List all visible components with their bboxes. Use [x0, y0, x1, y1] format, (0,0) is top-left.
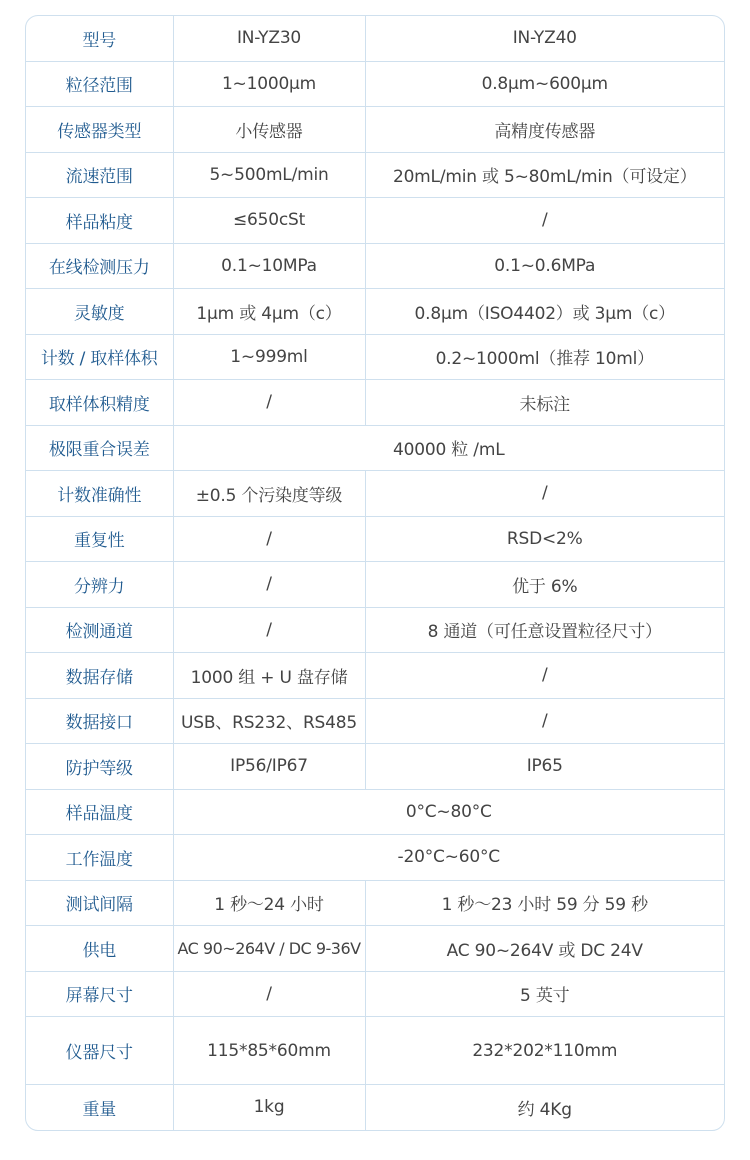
- value-yz40-power-supply: AC 90~264V 或 DC 24V: [365, 926, 724, 972]
- value-yz30-data-storage: 1000 组 + U 盘存储: [173, 653, 365, 699]
- value-yz40-weight: 约 4Kg: [365, 1085, 724, 1130]
- value-yz40-data-storage: /: [365, 653, 724, 699]
- label-flow-rate-range: 流速范围: [26, 152, 173, 198]
- value-yz30-sample-volume-accuracy: /: [173, 380, 365, 426]
- row-protection-rating: 防护等级 IP56/IP67 IP65: [26, 744, 724, 790]
- value-yz30-screen-size: /: [173, 971, 365, 1017]
- value-yz40-screen-size: 5 英寸: [365, 971, 724, 1017]
- value-yz30-weight: 1kg: [173, 1085, 365, 1130]
- label-sample-temperature: 样品温度: [26, 789, 173, 835]
- value-yz30-model: IN-YZ30: [173, 16, 365, 61]
- value-shared-coincidence-limit: 40000 粒 /mL: [173, 425, 724, 471]
- value-yz40-data-interface: /: [365, 698, 724, 744]
- label-detection-channels: 检测通道: [26, 607, 173, 653]
- value-yz40-sample-viscosity: /: [365, 198, 724, 244]
- row-particle-size-range: 粒径范围 1~1000μm 0.8μm~600μm: [26, 61, 724, 107]
- value-yz40-repeatability: RSD<2%: [365, 516, 724, 562]
- value-yz40-instrument-dimensions: 232*202*110mm: [365, 1017, 724, 1085]
- value-yz40-sensitivity: 0.8μm（ISO4402）或 3μm（c）: [365, 289, 724, 335]
- row-resolution: 分辨力 / 优于 6%: [26, 562, 724, 608]
- row-count-accuracy: 计数准确性 ±0.5 个污染度等级 /: [26, 471, 724, 517]
- value-yz30-instrument-dimensions: 115*85*60mm: [173, 1017, 365, 1085]
- row-test-interval: 测试间隔 1 秒～24 小时 1 秒～23 小时 59 分 59 秒: [26, 880, 724, 926]
- value-yz40-particle-size-range: 0.8μm~600μm: [365, 61, 724, 107]
- label-coincidence-limit: 极限重合误差: [26, 425, 173, 471]
- value-yz40-resolution: 优于 6%: [365, 562, 724, 608]
- value-yz40-count-accuracy: /: [365, 471, 724, 517]
- row-sensitivity: 灵敏度 1μm 或 4μm（c） 0.8μm（ISO4402）或 3μm（c）: [26, 289, 724, 335]
- value-yz30-count-accuracy: ±0.5 个污染度等级: [173, 471, 365, 517]
- label-sensor-type: 传感器类型: [26, 107, 173, 153]
- label-sensitivity: 灵敏度: [26, 289, 173, 335]
- row-sample-volume-accuracy: 取样体积精度 / 未标注: [26, 380, 724, 426]
- value-yz40-test-interval: 1 秒～23 小时 59 分 59 秒: [365, 880, 724, 926]
- value-yz30-flow-rate-range: 5~500mL/min: [173, 152, 365, 198]
- label-sample-volume-accuracy: 取样体积精度: [26, 380, 173, 426]
- row-operating-temperature: 工作温度 -20°C~60°C: [26, 835, 724, 881]
- value-yz30-sensitivity: 1μm 或 4μm（c）: [173, 289, 365, 335]
- row-model: 型号 IN-YZ30 IN-YZ40: [26, 16, 724, 61]
- row-coincidence-limit: 极限重合误差 40000 粒 /mL: [26, 425, 724, 471]
- spec-comparison-table: 型号 IN-YZ30 IN-YZ40 粒径范围 1~1000μm 0.8μm~6…: [25, 15, 725, 1131]
- label-repeatability: 重复性: [26, 516, 173, 562]
- value-yz30-repeatability: /: [173, 516, 365, 562]
- value-yz30-count-sample-volume: 1~999ml: [173, 334, 365, 380]
- row-count-sample-volume: 计数 / 取样体积 1~999ml 0.2~1000ml（推荐 10ml）: [26, 334, 724, 380]
- value-yz30-protection-rating: IP56/IP67: [173, 744, 365, 790]
- label-operating-temperature: 工作温度: [26, 835, 173, 881]
- value-yz40-sensor-type: 高精度传感器: [365, 107, 724, 153]
- value-yz40-sample-volume-accuracy: 未标注: [365, 380, 724, 426]
- row-sample-viscosity: 样品粘度 ≤650cSt /: [26, 198, 724, 244]
- row-sample-temperature: 样品温度 0°C~80°C: [26, 789, 724, 835]
- value-yz40-protection-rating: IP65: [365, 744, 724, 790]
- label-count-accuracy: 计数准确性: [26, 471, 173, 517]
- label-sample-viscosity: 样品粘度: [26, 198, 173, 244]
- row-sensor-type: 传感器类型 小传感器 高精度传感器: [26, 107, 724, 153]
- value-yz30-sensor-type: 小传感器: [173, 107, 365, 153]
- label-data-interface: 数据接口: [26, 698, 173, 744]
- value-yz40-flow-rate-range: 20mL/min 或 5~80mL/min（可设定）: [365, 152, 724, 198]
- row-power-supply: 供电 AC 90~264V / DC 9-36V AC 90~264V 或 DC…: [26, 926, 724, 972]
- value-yz30-particle-size-range: 1~1000μm: [173, 61, 365, 107]
- row-data-interface: 数据接口 USB、RS232、RS485 /: [26, 698, 724, 744]
- value-yz30-detection-channels: /: [173, 607, 365, 653]
- label-weight: 重量: [26, 1085, 173, 1130]
- label-particle-size-range: 粒径范围: [26, 61, 173, 107]
- value-yz40-model: IN-YZ40: [365, 16, 724, 61]
- value-yz30-sample-viscosity: ≤650cSt: [173, 198, 365, 244]
- label-data-storage: 数据存储: [26, 653, 173, 699]
- value-yz30-test-interval: 1 秒～24 小时: [173, 880, 365, 926]
- row-online-pressure: 在线检测压力 0.1~10MPa 0.1~0.6MPa: [26, 243, 724, 289]
- label-power-supply: 供电: [26, 926, 173, 972]
- value-yz30-online-pressure: 0.1~10MPa: [173, 243, 365, 289]
- label-instrument-dimensions: 仪器尺寸: [26, 1017, 173, 1085]
- label-online-pressure: 在线检测压力: [26, 243, 173, 289]
- value-yz30-data-interface: USB、RS232、RS485: [173, 698, 365, 744]
- label-screen-size: 屏幕尺寸: [26, 971, 173, 1017]
- value-yz30-power-supply: AC 90~264V / DC 9-36V: [173, 926, 365, 972]
- row-flow-rate-range: 流速范围 5~500mL/min 20mL/min 或 5~80mL/min（可…: [26, 152, 724, 198]
- row-screen-size: 屏幕尺寸 / 5 英寸: [26, 971, 724, 1017]
- value-yz40-detection-channels: 8 通道（可任意设置粒径尺寸）: [365, 607, 724, 653]
- row-detection-channels: 检测通道 / 8 通道（可任意设置粒径尺寸）: [26, 607, 724, 653]
- value-yz40-online-pressure: 0.1~0.6MPa: [365, 243, 724, 289]
- label-model: 型号: [26, 16, 173, 61]
- value-yz40-count-sample-volume: 0.2~1000ml（推荐 10ml）: [365, 334, 724, 380]
- value-yz30-resolution: /: [173, 562, 365, 608]
- label-count-sample-volume: 计数 / 取样体积: [26, 334, 173, 380]
- label-resolution: 分辨力: [26, 562, 173, 608]
- spec-table: 型号 IN-YZ30 IN-YZ40 粒径范围 1~1000μm 0.8μm~6…: [26, 16, 724, 1130]
- row-data-storage: 数据存储 1000 组 + U 盘存储 /: [26, 653, 724, 699]
- label-protection-rating: 防护等级: [26, 744, 173, 790]
- row-instrument-dimensions: 仪器尺寸 115*85*60mm 232*202*110mm: [26, 1017, 724, 1085]
- label-test-interval: 测试间隔: [26, 880, 173, 926]
- row-repeatability: 重复性 / RSD<2%: [26, 516, 724, 562]
- value-shared-sample-temperature: 0°C~80°C: [173, 789, 724, 835]
- row-weight: 重量 1kg 约 4Kg: [26, 1085, 724, 1130]
- value-shared-operating-temperature: -20°C~60°C: [173, 835, 724, 881]
